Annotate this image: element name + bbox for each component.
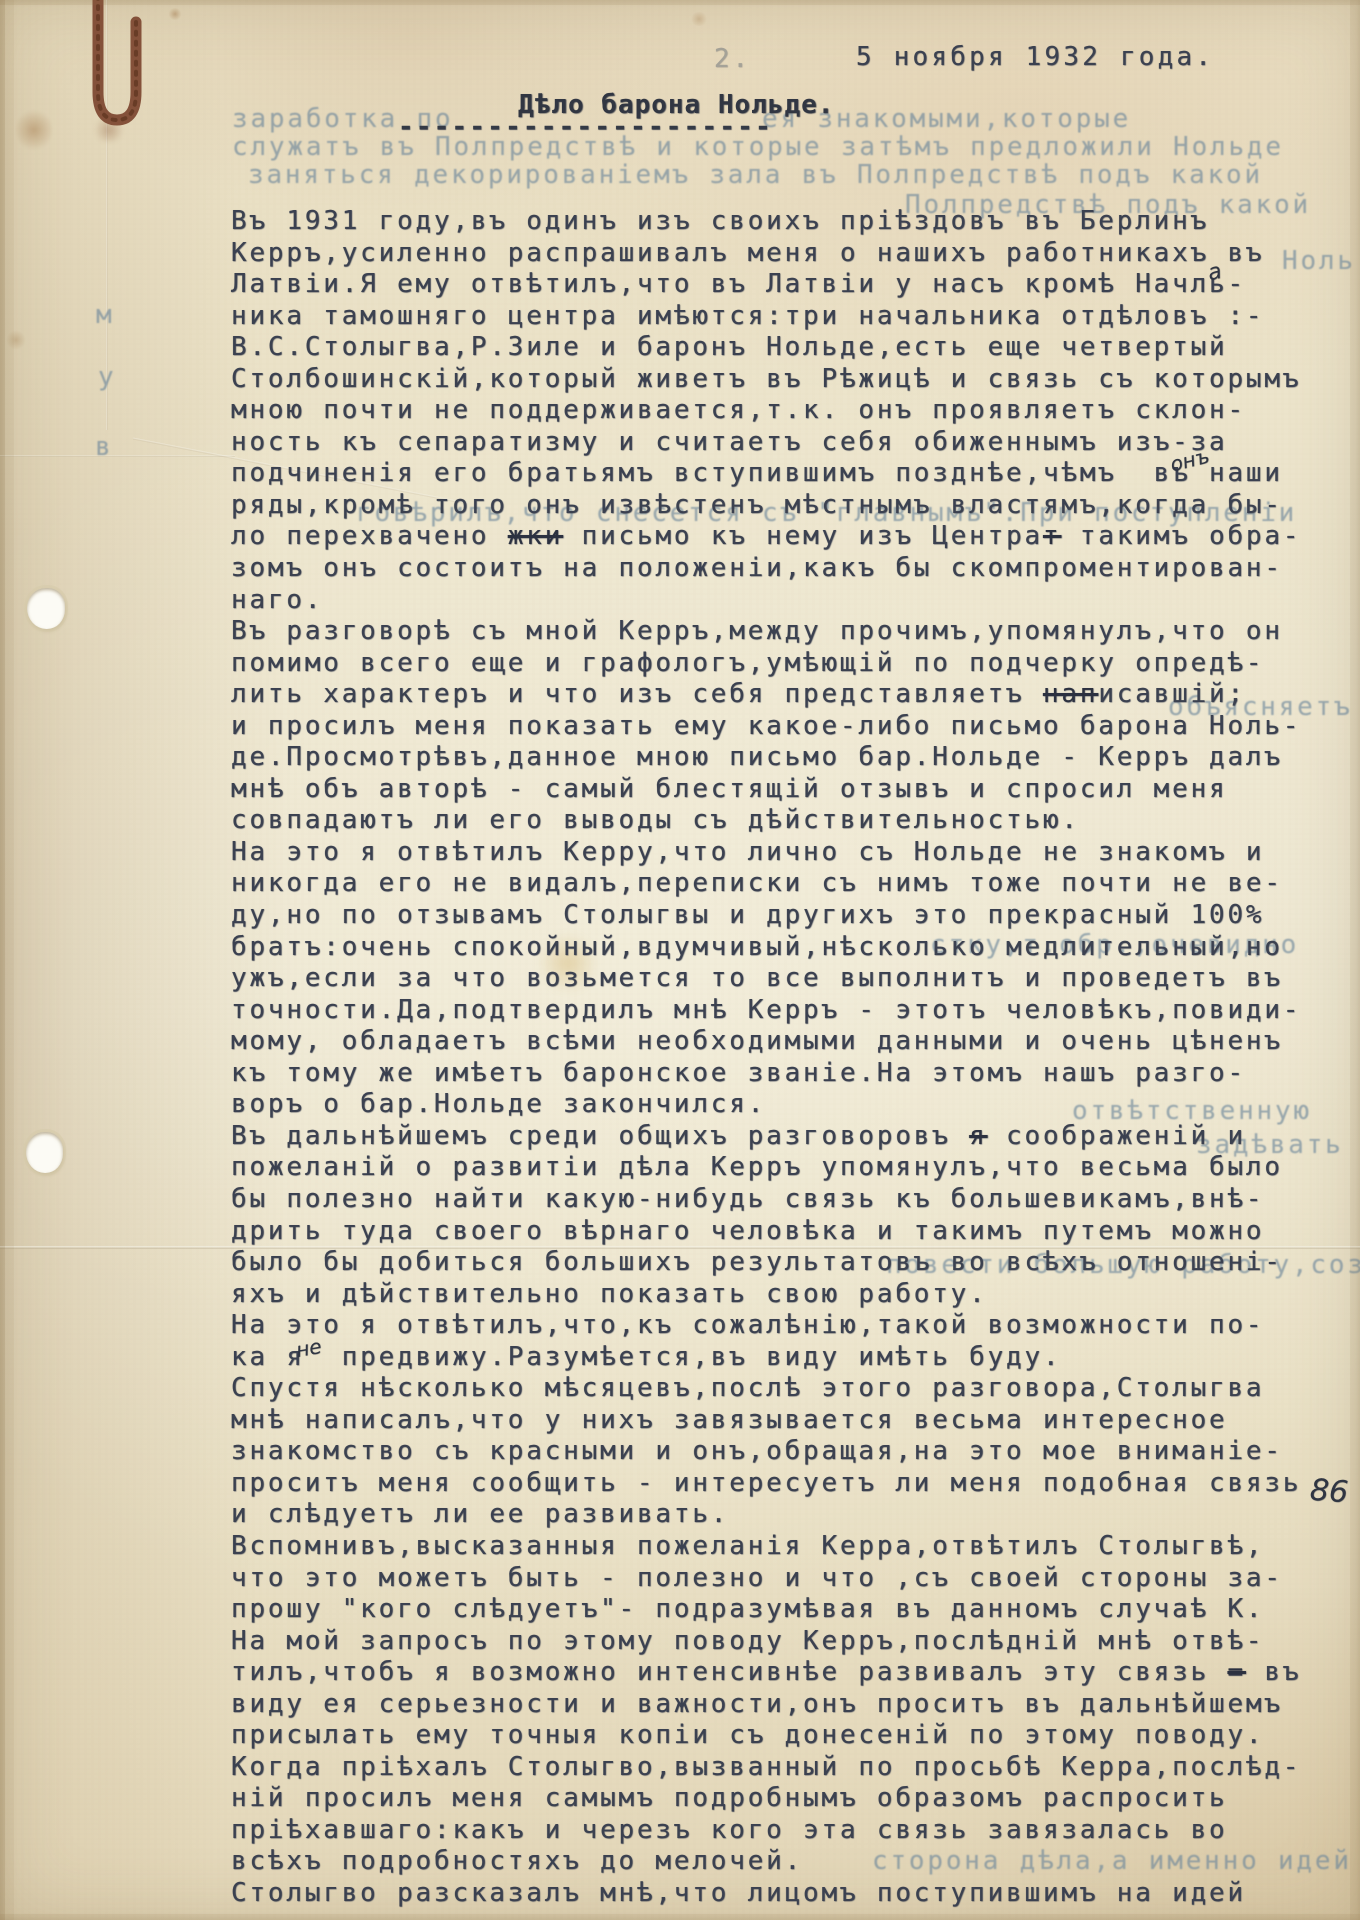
typed-line: никогда его не видалъ,переписки съ нимъ … — [231, 868, 1360, 900]
typed-line: ній просилъ меня самымъ подробнымъ образ… — [231, 1783, 1360, 1815]
typed-line: виду ея серьезности и важности,онъ проси… — [231, 1689, 1360, 1721]
typed-line: ника тамошняго центра имѣются:три началь… — [231, 301, 1360, 333]
typed-line: яхъ и дѣйствительно показать свою работу… — [231, 1279, 1360, 1311]
typed-line: бы полезно найти какую-нибудь связь къ б… — [231, 1184, 1360, 1216]
paperclip-icon — [84, 0, 164, 142]
typed-line: На это я отвѣтилъ Керру,что лично съ Нол… — [231, 837, 1360, 869]
typed-line: совпадаютъ ли его выводы съ дѣйствительн… — [231, 805, 1360, 837]
typed-line: На это я отвѣтилъ,что,къ сожалѣнію,такой… — [231, 1310, 1360, 1342]
typed-line: зомъ онъ состоитъ на положеніи,какъ бы с… — [231, 553, 1360, 585]
typed-line: проситъ меня сообщить - интересуетъ ли м… — [231, 1468, 1360, 1500]
typed-line: лить характеръ и что изъ себя представля… — [231, 679, 1360, 711]
bleed-through-line: у — [98, 362, 116, 392]
paper-stain — [168, 8, 182, 20]
bleed-through-line: в — [95, 432, 113, 462]
typed-line: ряды,кромѣ того онъ извѣстенъ мѣстнымъ в… — [231, 490, 1360, 522]
paper-stain — [6, 330, 26, 350]
document-page: заработка поея знакомыми,которыеслужатъ … — [0, 0, 1360, 1920]
typed-line: де.Просмотрѣвъ,данное мною письмо бар.Но… — [231, 742, 1360, 774]
typed-line: Столыгво разсказалъ мнѣ,что лицомъ посту… — [231, 1878, 1360, 1910]
typed-line: Когда пріѣхалъ Столыгво,вызванный по про… — [231, 1752, 1360, 1784]
fold-crease — [0, 455, 235, 457]
typed-line: присылать ему точныя копіи съ донесеній … — [231, 1720, 1360, 1752]
typed-line: мнѣ написалъ,что у нихъ завязывается вес… — [231, 1405, 1360, 1437]
typed-line: Вспомнивъ,высказанныя пожеланія Керра,от… — [231, 1531, 1360, 1563]
typed-line: братъ:очень спокойный,вдумчивый,нѣскольк… — [231, 932, 1360, 964]
typed-line: Столбошинскій,который живетъ въ Рѣжицѣ и… — [231, 364, 1360, 396]
typed-line: Латвіи.Я ему отвѣтилъ,что въ Латвіи у на… — [231, 269, 1360, 301]
typed-line: ло перехвачено жки письмо къ нему изъ Це… — [231, 521, 1360, 553]
typed-line: и просилъ меня показать ему какое-либо п… — [231, 711, 1360, 743]
typed-line: Керръ,усиленно распрашивалъ меня о наших… — [231, 238, 1360, 270]
typed-line: Въ разговорѣ съ мной Керръ,между прочимъ… — [231, 616, 1360, 648]
typed-line: помимо всего еще и графологъ,умѣющій по … — [231, 648, 1360, 680]
typed-line: Въ 1931 году,въ одинъ изъ своихъ пріѣздо… — [231, 206, 1360, 238]
hole-punch — [26, 1132, 63, 1173]
typed-line: ка я предвижу.Разумѣется,въ виду имѣть б… — [231, 1342, 1360, 1374]
typed-line: къ тому же имѣетъ баронское званіе.На эт… — [231, 1058, 1360, 1090]
paper-stain — [690, 12, 708, 26]
typed-line: было бы добиться большихъ результатовъ в… — [231, 1247, 1360, 1279]
page-number: 2. — [714, 44, 751, 74]
typed-line: ду,но по отзывамъ Столыгвы и другихъ это… — [231, 900, 1360, 932]
typed-line: точности.Да,подтвердилъ мнѣ Керръ - этот… — [231, 995, 1360, 1027]
typed-line: мнѣ объ авторѣ - самый блестящій отзывъ … — [231, 774, 1360, 806]
title-underline: --------------------- — [398, 112, 773, 142]
paper-stain — [16, 108, 52, 152]
typed-line: На мой запросъ по этому поводу Керръ,пос… — [231, 1626, 1360, 1658]
typed-line: дрить туда своего вѣрнаго человѣка и так… — [231, 1216, 1360, 1248]
typed-line: воръ о бар.Нольде закончился. — [231, 1089, 1360, 1121]
typed-line: В.С.Столыгва,Р.Зиле и баронъ Нольде,есть… — [231, 332, 1360, 364]
hole-punch — [27, 588, 65, 629]
typed-line: мому, обладаетъ всѣми необходимыми данны… — [231, 1026, 1360, 1058]
bleed-through-line: заняться декорированіемъ зала въ Полпред… — [248, 160, 1263, 190]
typed-line: Въ дальнѣйшемъ среди общихъ разговоровъ … — [231, 1121, 1360, 1153]
typed-line: наго. — [231, 585, 1360, 617]
document-date: 5 ноября 1932 года. — [856, 42, 1214, 72]
bleed-through-line: м — [96, 300, 114, 330]
typed-line: пріѣхавшаго:какъ и черезъ кого эта связь… — [231, 1815, 1360, 1847]
typed-line: знакомство съ красными и онъ,обращая,на … — [231, 1436, 1360, 1468]
handwritten-note: не — [294, 1334, 323, 1362]
typed-line: и слѣдуетъ ли ее развивать. — [231, 1499, 1360, 1531]
typed-line: что это можетъ быть - полезно и что ,съ … — [231, 1563, 1360, 1595]
handwritten-note: 86 — [1309, 1473, 1350, 1511]
typed-line: пожеланій о развитіи дѣла Керръ упомянул… — [231, 1152, 1360, 1184]
typed-line: тилъ,чтобъ я возможно интенсивнѣе развив… — [231, 1657, 1360, 1689]
typed-line: Спустя нѣсколько мѣсяцевъ,послѣ этого ра… — [231, 1373, 1360, 1405]
typed-line: прошу "кого слѣдуетъ"- подразумѣвая въ д… — [231, 1594, 1360, 1626]
typed-line: всѣхъ подробностяхъ до мелочей. — [231, 1846, 1360, 1878]
typed-line: мною почти не поддерживается,т.к. онъ пр… — [231, 395, 1360, 427]
typed-line: ужъ,если за что возьмется то все выполни… — [231, 963, 1360, 995]
